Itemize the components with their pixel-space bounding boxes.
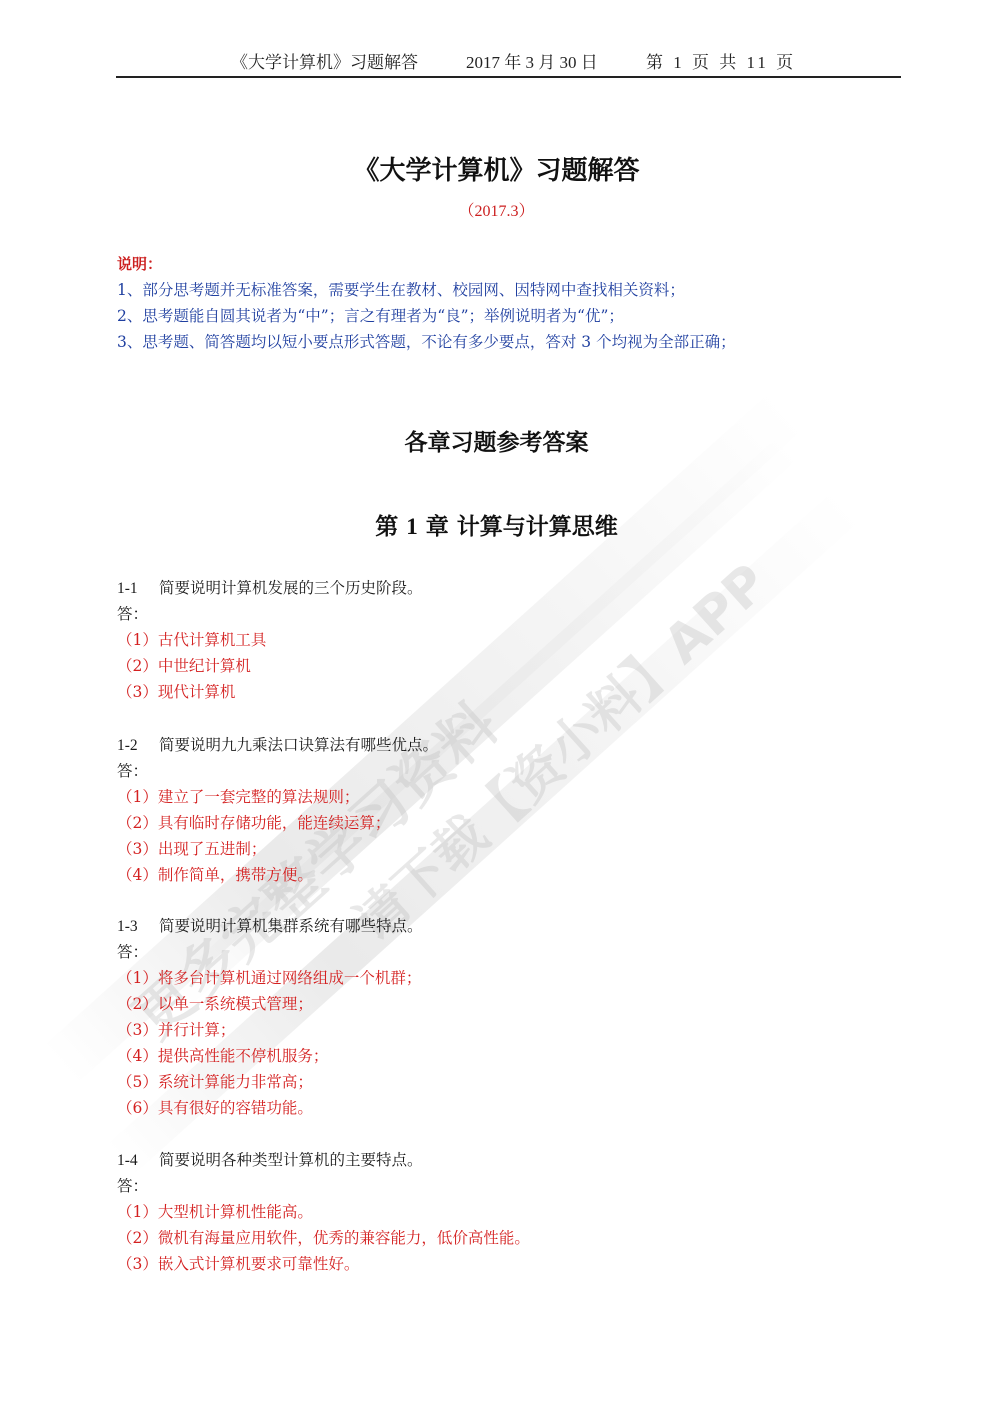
question-text: 简要说明计算机发展的三个历史阶段。 [159,579,423,597]
header-page-info: 第 1 页 共 11 页 [646,50,796,76]
notes-heading: 说明： [117,252,736,277]
answer-item: （1）建立了一套完整的算法规则； [117,784,438,810]
chapter-prefix: 第 [375,513,406,540]
section-title: 各章习题参考答案 [0,424,993,457]
answer-label: 答： [117,601,423,627]
question-block-1-2: 1-2简要说明九九乘法口诀算法有哪些优点。 答： （1）建立了一套完整的算法规则… [117,732,438,888]
answer-item: （2）以单一系统模式管理； [117,991,423,1017]
document-subtitle: （2017.3） [0,198,993,221]
answer-item: （3）嵌入式计算机要求可靠性好。 [117,1251,530,1277]
answer-item: （5）系统计算能力非常高； [117,1069,423,1095]
question-text: 简要说明计算机集群系统有哪些特点。 [159,917,423,935]
document-title: 《大学计算机》习题解答 [0,150,993,187]
header-date: 2017 年 3 月 30 日 [466,50,598,76]
question-line: 1-1简要说明计算机发展的三个历史阶段。 [117,575,423,601]
question-line: 1-3简要说明计算机集群系统有哪些特点。 [117,913,423,939]
question-text: 简要说明各种类型计算机的主要特点。 [159,1151,423,1169]
chapter-number: 1 [406,514,418,539]
header-doc-title: 《大学计算机》习题解答 [231,50,418,76]
answer-label: 答： [117,1173,530,1199]
note-line: 1、部分思考题并无标准答案，需要学生在教材、校园网、因特网中查找相关资料； [117,277,736,303]
answer-item: （2）微机有海量应用软件，优秀的兼容能力，低价高性能。 [117,1225,530,1251]
chapter-suffix: 章 计算与计算思维 [418,513,618,540]
answer-item: （3）现代计算机 [117,679,423,705]
question-number: 1-3 [117,914,159,940]
page-header: 《大学计算机》习题解答 2017 年 3 月 30 日 第 1 页 共 11 页 [116,50,901,78]
question-block-1-3: 1-3简要说明计算机集群系统有哪些特点。 答： （1）将多台计算机通过网络组成一… [117,913,423,1121]
answer-item: （1）将多台计算机通过网络组成一个机群； [117,965,423,991]
question-number: 1-2 [117,733,159,759]
answer-item: （4）制作简单，携带方便。 [117,862,438,888]
question-number: 1-4 [117,1148,159,1174]
question-line: 1-4简要说明各种类型计算机的主要特点。 [117,1147,530,1173]
question-line: 1-2简要说明九九乘法口诀算法有哪些优点。 [117,732,438,758]
note-line: 2、思考题能自圆其说者为“中”；言之有理者为“良”；举例说明者为“优”； [117,303,736,329]
answer-item: （3）并行计算； [117,1017,423,1043]
question-block-1-1: 1-1简要说明计算机发展的三个历史阶段。 答： （1）古代计算机工具 （2）中世… [117,575,423,705]
answer-item: （6）具有很好的容错功能。 [117,1095,423,1121]
answer-label: 答： [117,758,438,784]
answer-item: （2）具有临时存储功能，能连续运算； [117,810,438,836]
answer-item: （1）大型机计算机性能高。 [117,1199,530,1225]
question-number: 1-1 [117,576,159,602]
chapter-title: 第 1 章 计算与计算思维 [0,508,993,541]
note-line: 3、思考题、简答题均以短小要点形式答题，不论有多少要点，答对 3 个均视为全部正… [117,329,736,355]
notes-section: 说明： 1、部分思考题并无标准答案，需要学生在教材、校园网、因特网中查找相关资料… [117,252,736,355]
answer-item: （4）提供高性能不停机服务； [117,1043,423,1069]
answer-item: （2）中世纪计算机 [117,653,423,679]
answer-item: （1）古代计算机工具 [117,627,423,653]
question-text: 简要说明九九乘法口诀算法有哪些优点。 [159,736,438,754]
answer-label: 答： [117,939,423,965]
answer-item: （3）出现了五进制； [117,836,438,862]
question-block-1-4: 1-4简要说明各种类型计算机的主要特点。 答： （1）大型机计算机性能高。 （2… [117,1147,530,1277]
